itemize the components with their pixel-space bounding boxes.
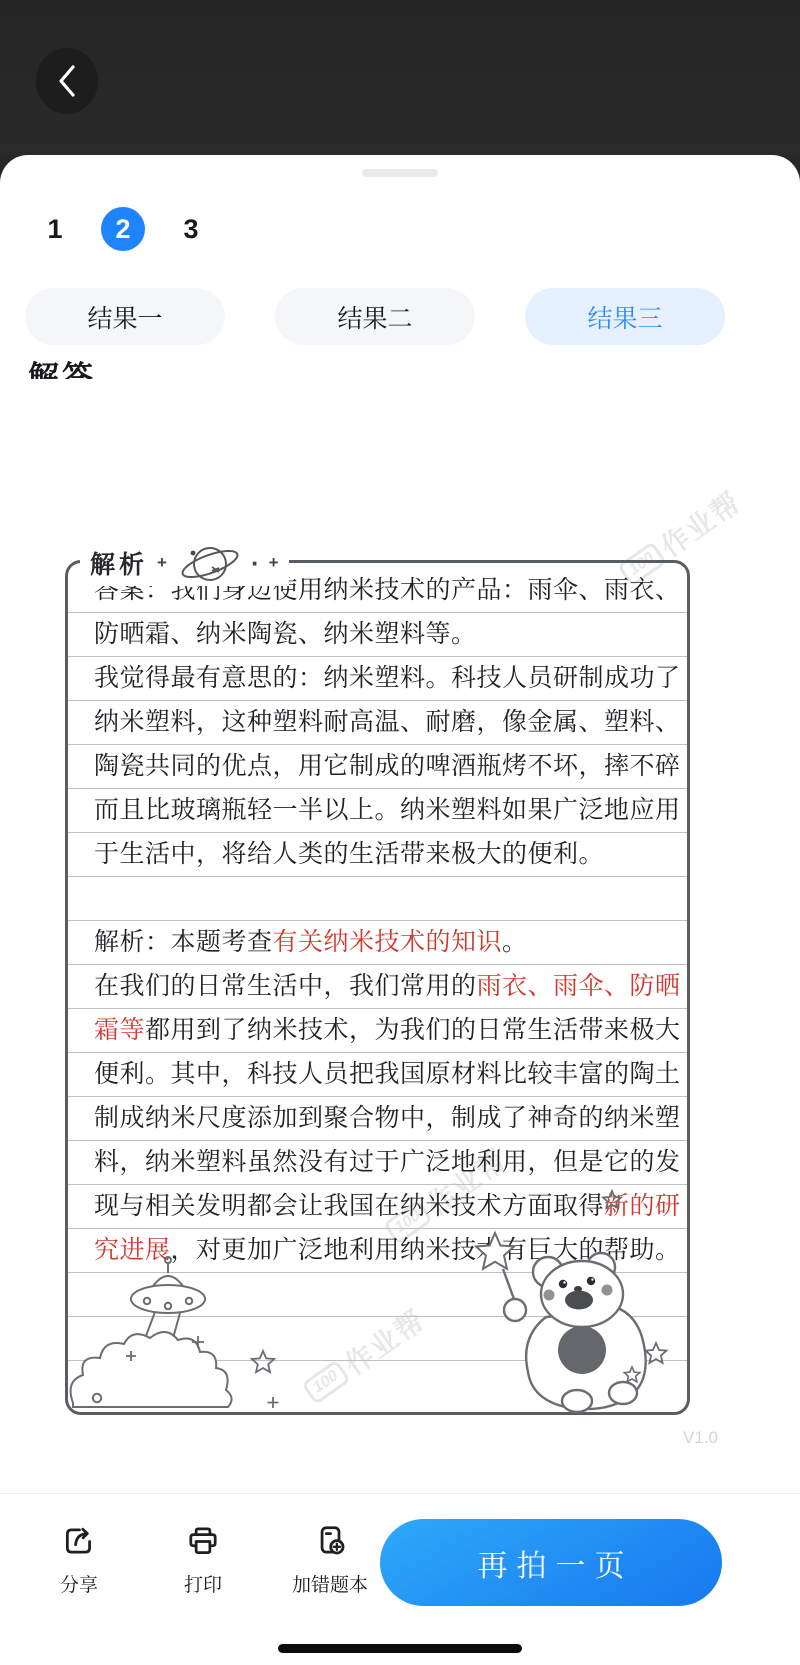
- sparkle-plus-icon: +: [157, 553, 167, 573]
- answer-line: 我觉得最有意思的：纳米塑料。科技人员研制成功了: [68, 657, 687, 701]
- answer-text: 在我们的日常生活中，我们常用的: [94, 972, 477, 1000]
- page-number-1[interactable]: 1: [33, 207, 77, 251]
- share-label: 分享: [60, 1570, 98, 1597]
- print-button[interactable]: 打印: [157, 1523, 249, 1597]
- page-number-2[interactable]: 2: [101, 207, 145, 251]
- print-icon: [185, 1523, 221, 1559]
- tab-result-2[interactable]: 结果二: [275, 288, 475, 345]
- add-mistake-book-button[interactable]: 加错题本: [284, 1523, 376, 1597]
- pager: 123: [33, 207, 213, 251]
- answer-line: 而且比玻璃瓶轻一半以上。纳米塑料如果广泛地应用: [68, 789, 687, 833]
- add-mistake-book-label: 加错题本: [292, 1570, 368, 1597]
- ufo-doodle: [67, 1251, 319, 1416]
- answer-text: 解析：本题考查: [94, 928, 273, 956]
- answer-text: 便利。其中，科技人员把我国原材料比较丰富的陶土: [94, 1060, 681, 1088]
- answer-text: 。: [502, 928, 528, 956]
- answer-line: 制成纳米尺度添加到聚合物中，制成了神奇的纳米塑: [68, 1097, 687, 1141]
- sheet-drag-handle[interactable]: [362, 169, 438, 177]
- tab-result-3[interactable]: 结果三: [525, 288, 725, 345]
- answer-line: 纳米塑料，这种塑料耐高温、耐磨，像金属、塑料、: [68, 701, 687, 745]
- result-tabs: 结果一结果二结果三: [25, 288, 725, 345]
- answer-text: 料，纳米塑料虽然没有过于广泛地利用，但是它的发: [94, 1148, 681, 1176]
- answer-text: 纳米塑料，这种塑料耐高温、耐磨，像金属、塑料、: [94, 708, 681, 736]
- footer-divider: [0, 1493, 800, 1494]
- tab-result-1[interactable]: 结果一: [25, 288, 225, 345]
- analysis-label: 解析: [90, 545, 148, 581]
- sparkle-dot-icon: ·: [251, 558, 260, 568]
- section-heading-clipped: 解答: [28, 361, 96, 379]
- answer-text: 防晒霜、纳米陶瓷、纳米塑料等。: [94, 620, 477, 648]
- add-mistake-book-icon: [312, 1523, 348, 1559]
- back-button[interactable]: [36, 48, 98, 114]
- answer-line: 于生活中，将给人类的生活带来极大的便利。: [68, 833, 687, 877]
- answer-line: 陶瓷共同的优点，用它制成的啤酒瓶烤不坏，摔不碎: [68, 745, 687, 789]
- top-header: [0, 0, 800, 155]
- app-screen: 123 结果一结果二结果三 解答 100 作业帮 100 作业帮 100 作业帮…: [0, 0, 800, 1665]
- share-icon: [61, 1523, 97, 1559]
- answer-text: 于生活中，将给人类的生活带来极大的便利。: [94, 840, 604, 868]
- highlighted-text: 霜等: [94, 1016, 145, 1044]
- answer-line: 便利。其中，科技人员把我国原材料比较丰富的陶土: [68, 1053, 687, 1097]
- version-label: V1.0: [683, 1428, 718, 1448]
- bear-doodle: [460, 1177, 675, 1427]
- answer-text: 我觉得最有意思的：纳米塑料。科技人员研制成功了: [94, 664, 681, 692]
- ruled-line-empty: [68, 877, 687, 921]
- answer-text: 制成纳米尺度添加到聚合物中，制成了神奇的纳米塑: [94, 1104, 681, 1132]
- share-button[interactable]: 分享: [33, 1523, 125, 1597]
- sparkle-plus-icon: +: [269, 553, 279, 573]
- results-sheet: 123 结果一结果二结果三 解答 100 作业帮 100 作业帮 100 作业帮…: [0, 155, 800, 1665]
- home-indicator[interactable]: [278, 1644, 522, 1653]
- answer-text: 而且比玻璃瓶轻一半以上。纳米塑料如果广泛地应用: [94, 796, 681, 824]
- print-label: 打印: [184, 1570, 222, 1597]
- answer-line: 防晒霜、纳米陶瓷、纳米塑料等。: [68, 613, 687, 657]
- answer-text: 陶瓷共同的优点，用它制成的啤酒瓶烤不坏，摔不碎: [94, 752, 681, 780]
- take-another-photo-button[interactable]: 再拍一页: [380, 1519, 722, 1606]
- answer-line: 在我们的日常生活中，我们常用的雨衣、雨伞、防晒: [68, 965, 687, 1009]
- analysis-label-group: 解析 + · +: [80, 540, 289, 586]
- highlighted-text: 雨衣、雨伞、防晒: [477, 972, 681, 1000]
- answer-line: 解析：本题考查有关纳米技术的知识。: [68, 921, 687, 965]
- highlighted-text: 有关纳米技术的知识: [273, 928, 503, 956]
- page-number-3[interactable]: 3: [169, 207, 213, 251]
- answer-text: 都用到了纳米技术，为我们的日常生活带来极大: [145, 1016, 681, 1044]
- section-heading-text: 解答: [28, 361, 96, 379]
- answer-line: 霜等都用到了纳米技术，为我们的日常生活带来极大: [68, 1009, 687, 1053]
- chevron-left-icon: [54, 62, 80, 100]
- saturn-doodle-icon: [176, 536, 242, 590]
